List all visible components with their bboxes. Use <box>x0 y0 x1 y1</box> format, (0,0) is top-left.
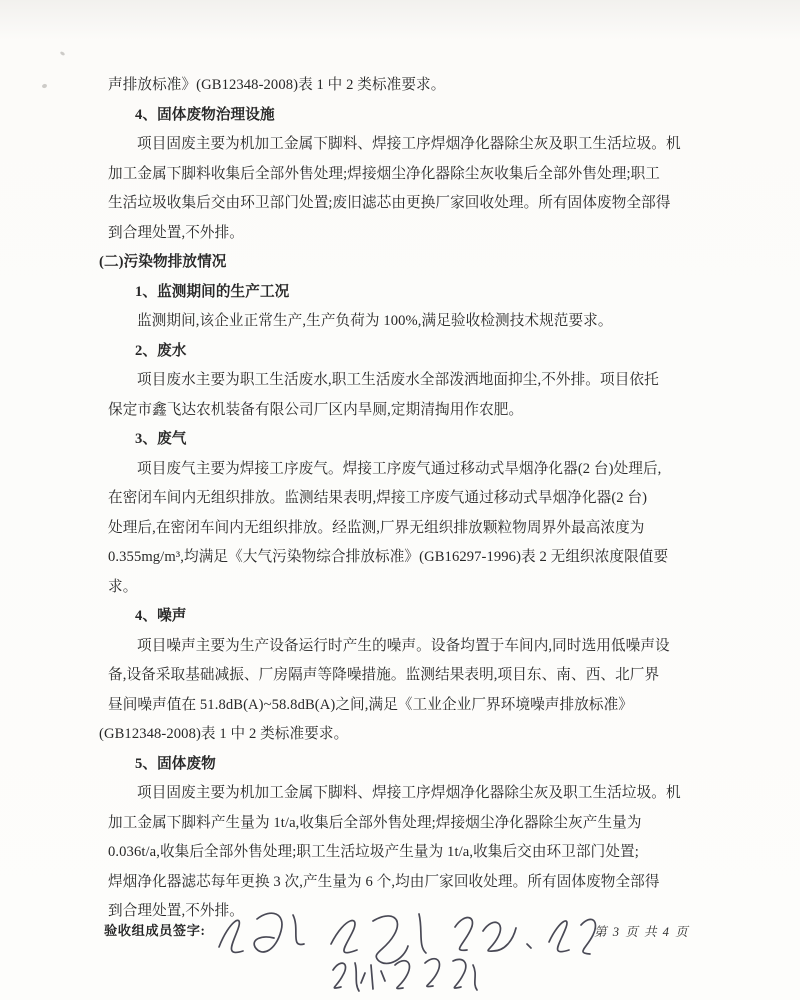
text-line: 项目废气主要为焊接工序废气。焊接工序废气通过移动式旱烟净化器(2 台)处理后, <box>108 455 693 485</box>
text-line: 焊烟净化器滤芯每年更换 3 次,产生量为 6 个,均由厂家回收处理。所有固体废物… <box>108 868 693 898</box>
section-heading: 1、监测期间的生产工况 <box>135 278 693 308</box>
page-number: 第 3 页 共 4 页 <box>594 921 689 940</box>
text-line: 保定市鑫飞达农机装备有限公司厂区内旱厕,定期清掏用作农肥。 <box>108 396 693 426</box>
text-line: 0.355mg/m³,均满足《大气污染物综合排放标准》(GB16297-1996… <box>108 543 693 573</box>
text-line: 项目固废主要为机加工金属下脚料、焊接工序焊烟净化器除尘灰及职工生活垃圾。机 <box>108 779 693 809</box>
signature-6 <box>425 959 477 990</box>
text-line: 处理后,在密闭车间内无组织排放。经监测,厂界无组织排放颗粒物周界外最高浓度为 <box>108 514 693 544</box>
signature-3 <box>455 918 531 952</box>
signature-4 <box>549 919 595 954</box>
text-line: 昼间噪声值在 51.8dB(A)~58.8dB(A)之间,满足《工业企业厂界环境… <box>108 691 693 721</box>
text-line: 项目固废主要为机加工金属下脚料、焊接工序焊烟净化器除尘灰及职工生活垃圾。机 <box>108 130 693 160</box>
text-line: 生活垃圾收集后交由环卫部门处置;废旧滤芯由更换厂家回收处理。所有固体废物全部得 <box>108 189 693 219</box>
signature-5 <box>333 961 409 991</box>
section-heading: 2、废水 <box>135 337 693 367</box>
scan-artifact <box>60 51 66 56</box>
text-line: 在密闭车间内无组织排放。监测结果表明,焊接工序废气通过移动式旱烟净化器(2 台) <box>108 484 693 514</box>
text-line: 备,设备采取基础减振、厂房隔声等降噪措施。监测结果表明,项目东、南、西、北厂界 <box>108 661 693 691</box>
text-line: 项目噪声主要为生产设备运行时产生的噪声。设备均置于车间内,同时选用低噪声设 <box>108 632 693 662</box>
text-line: 加工金属下脚料收集后全部外售处理;焊接烟尘净化器除尘灰收集后全部外售处理;职工 <box>108 160 693 190</box>
section-heading: 3、废气 <box>135 425 693 455</box>
section-heading: 4、噪声 <box>135 602 693 632</box>
scan-artifact <box>41 83 47 88</box>
signature-2 <box>331 914 426 963</box>
text-line: 监测期间,该企业正常生产,生产负荷为 100%,满足验收检测技术规范要求。 <box>108 307 693 337</box>
section-heading: 4、固体废物治理设施 <box>135 101 693 131</box>
text-line: 到合理处置,不外排。 <box>108 219 693 249</box>
document-body: 声排放标准》(GB12348-2008)表 1 中 2 类标准要求。4、固体废物… <box>108 71 693 927</box>
text-line: 求。 <box>108 573 693 603</box>
signature-1 <box>219 913 304 952</box>
text-line: 加工金属下脚料产生量为 1t/a,收集后全部外售处理;焊接烟尘净化器除尘灰产生量… <box>108 809 693 839</box>
text-line: 0.036t/a,收集后全部外售处理;职工生活垃圾产生量为 1t/a,收集后交由… <box>108 838 693 868</box>
text-line: (GB12348-2008)表 1 中 2 类标准要求。 <box>99 720 693 750</box>
section-heading: 5、固体废物 <box>135 750 693 780</box>
section-heading: (二)污染物排放情况 <box>99 248 693 278</box>
document-page: 声排放标准》(GB12348-2008)表 1 中 2 类标准要求。4、固体废物… <box>0 0 800 1000</box>
text-line: 声排放标准》(GB12348-2008)表 1 中 2 类标准要求。 <box>108 71 693 101</box>
handwritten-signatures <box>205 903 605 998</box>
text-line: 项目废水主要为职工生活废水,职工生活废水全部泼洒地面抑尘,不外排。项目依托 <box>108 366 693 396</box>
signature-caption: 验收组成员签字: <box>104 920 206 939</box>
